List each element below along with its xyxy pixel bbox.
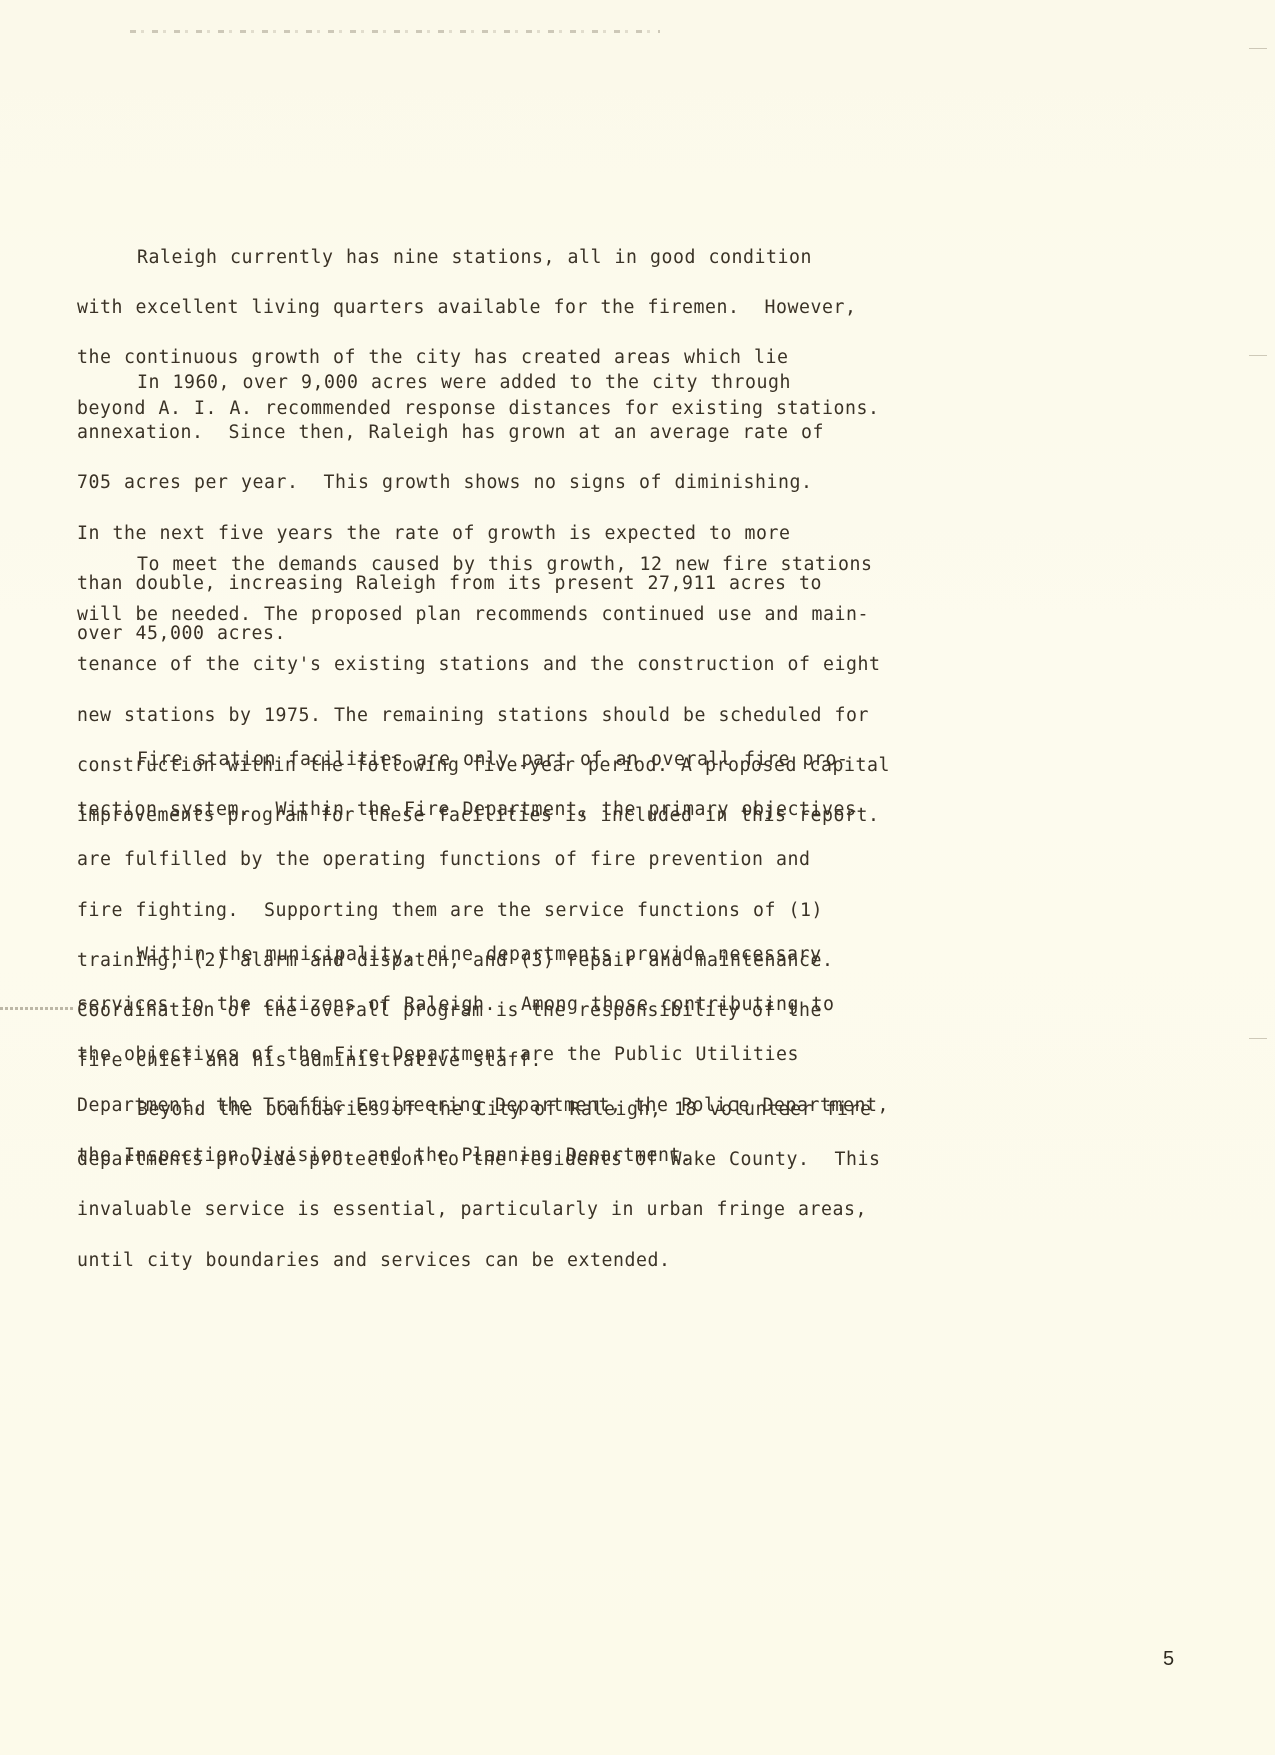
text-line: the objectives of the Fire Department ar… xyxy=(77,1042,889,1067)
text-line: with excellent living quarters available… xyxy=(77,295,880,320)
text-line: Fire station facilities are only part of… xyxy=(77,747,857,772)
document-page: Raleigh currently has nine stations, all… xyxy=(0,0,1275,1755)
text-line: 705 acres per year. This growth shows no… xyxy=(77,470,824,495)
scan-artifact-top xyxy=(130,30,660,33)
page-number: 5 xyxy=(1163,1648,1174,1671)
text-line: will be needed. The proposed plan recomm… xyxy=(77,602,890,627)
text-line: services to the citizens of Raleigh. Amo… xyxy=(77,992,889,1017)
text-line: To meet the demands caused by this growt… xyxy=(77,552,890,577)
text-line: tection system. Within the Fire Departme… xyxy=(77,797,857,822)
scan-artifact-right xyxy=(1249,1038,1267,1039)
text-line: In 1960, over 9,000 acres were added to … xyxy=(77,370,824,395)
text-line: Beyond the boundaries of the City of Ral… xyxy=(77,1097,881,1122)
text-line: Within the municipality, nine department… xyxy=(77,942,889,967)
text-line: annexation. Since then, Raleigh has grow… xyxy=(77,420,824,445)
text-line: departments provide protection to the re… xyxy=(77,1147,881,1172)
text-line: until city boundaries and services can b… xyxy=(77,1248,881,1273)
scan-artifact-left xyxy=(0,1007,75,1010)
text-line: Raleigh currently has nine stations, all… xyxy=(77,245,880,270)
scan-artifact-right xyxy=(1249,48,1267,49)
text-line: invaluable service is essential, particu… xyxy=(77,1197,881,1222)
paragraph-volunteer-departments: Beyond the boundaries of the City of Ral… xyxy=(77,1072,881,1298)
text-line: are fulfilled by the operating functions… xyxy=(77,847,857,872)
text-line: tenance of the city's existing stations … xyxy=(77,652,890,677)
scan-artifact-right xyxy=(1249,355,1267,356)
